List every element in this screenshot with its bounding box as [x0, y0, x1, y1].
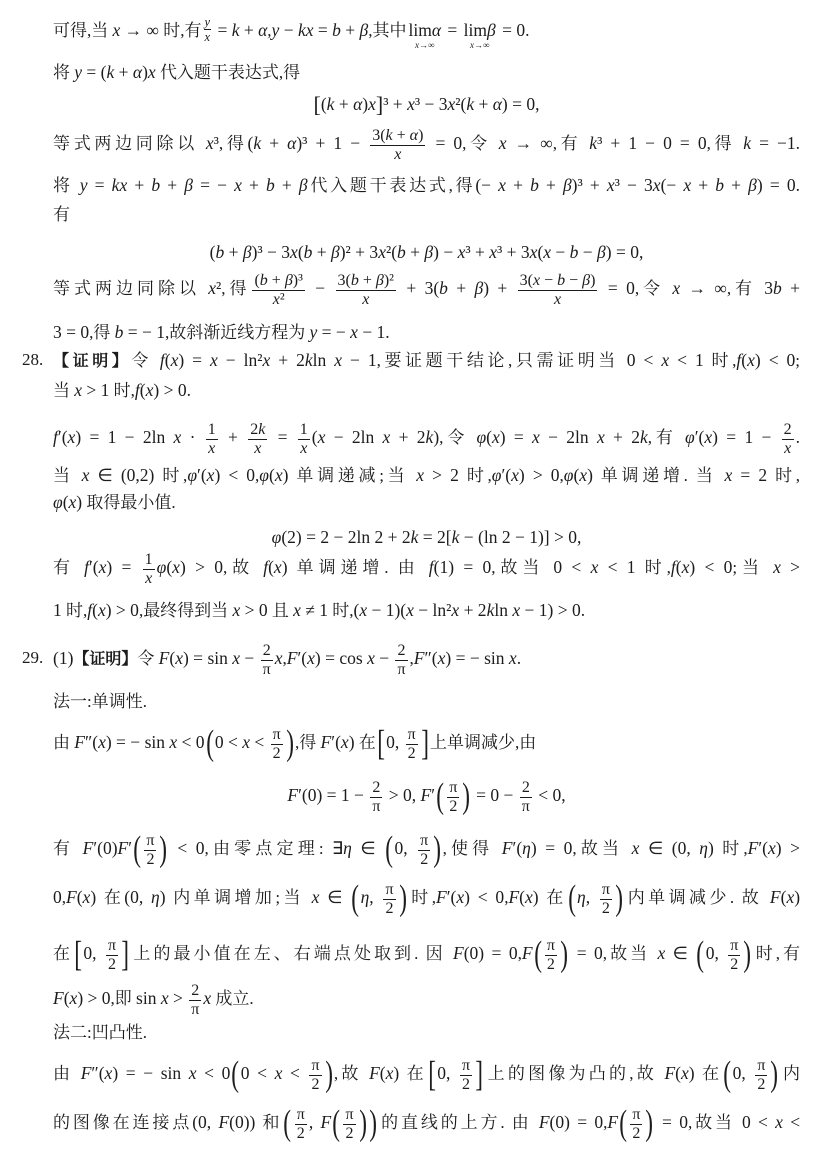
math-expression: = [443, 20, 462, 40]
fraction-numerator: π [460, 1057, 472, 1075]
math-expression: F′(x) < 0 [436, 887, 504, 907]
fraction-numerator: π [600, 881, 612, 899]
limit-body: limβ [464, 22, 496, 40]
math-expression: x ∈ [312, 887, 351, 907]
math-expression: x → ∞ [113, 20, 160, 40]
fraction-denominator: 2 [144, 850, 156, 869]
fraction-denominator: π [261, 660, 273, 679]
text-run: ,有 [727, 279, 764, 298]
big-delimiter: ( [385, 830, 393, 866]
fraction-numerator: π [728, 937, 740, 955]
fraction: 2π [520, 779, 532, 816]
fraction-denominator: x [204, 29, 212, 44]
text-run: 时, [714, 839, 748, 858]
big-delimiter: ] [421, 724, 429, 760]
text-run: 内单调减少. 故 [624, 888, 770, 907]
fraction: π2 [295, 1106, 307, 1143]
fraction: 3(b + β)²x [336, 272, 396, 309]
text-run: 时, [328, 601, 354, 620]
text-run: 在 [539, 888, 567, 907]
text-run: 令 [131, 351, 159, 370]
fraction-numerator: 2 [520, 779, 532, 797]
math-expression: + [220, 427, 246, 447]
big-delimiter: ] [475, 1055, 483, 1091]
math-expression: x → ∞ [499, 133, 553, 153]
math-expression: sin x > [136, 988, 187, 1008]
fraction: π2 [406, 726, 418, 763]
math-expression: . [796, 427, 800, 447]
math-expression: = 0 [427, 133, 462, 153]
text-line: 有 f′(x) = 1xφ(x) > 0,故 f(x) 单调递增. 由 f(1)… [53, 547, 800, 587]
fraction-numerator: 3(b + β)² [336, 272, 396, 290]
math-expression: 3b + [764, 278, 800, 298]
math-expression: F [607, 1112, 618, 1132]
fraction-numerator: 2 [261, 642, 273, 660]
math-expression: = [269, 427, 295, 447]
text-run: 法二:凹凸性. [53, 1023, 147, 1042]
text-line: 等式两边同除以 x²,得(b + β)³x² − 3(b + β)²x + 3(… [53, 268, 800, 308]
text-run: 在 [695, 1064, 723, 1083]
math-expression: − [307, 278, 334, 298]
big-delimiter: ( [352, 879, 360, 915]
text-run: ,有 [648, 428, 685, 447]
text-run: ,有 [553, 134, 590, 153]
text-line: 在[0, π2]上的最小值在左、右端点处取到. 因 F(0) = 0,F(π2)… [53, 933, 800, 973]
fraction-denominator: 2 [728, 955, 740, 974]
math-expression: x > 0 [232, 600, 267, 620]
fraction-denominator: 2 [545, 955, 557, 974]
text-line: 由 F″(x) = − sin x < 0(0 < x < π2),故 F(x)… [53, 1053, 800, 1093]
big-delimiter: ) [325, 1055, 333, 1091]
math-expression: (b + β)³ − 3x(b + β)² + 3x²(b + β) − x³ … [210, 242, 644, 262]
big-delimiter: ) [615, 879, 623, 915]
document-page: 可得,当 x → ∞ 时,有yx = k + α,y − kx = b + β,… [0, 0, 836, 1164]
math-expression: x → ∞ [672, 278, 727, 298]
math-expression: = 0 [655, 1112, 688, 1132]
method-1-heading: 法一:单调性. [53, 682, 800, 722]
fraction: π2 [630, 1106, 642, 1143]
math-expression: = 0. [498, 20, 530, 40]
text-run: 上单调减少,由 [430, 733, 536, 752]
big-delimiter: ( [232, 1055, 240, 1091]
big-delimiter: ( [206, 724, 214, 760]
problem-29-header: 29.(1)【证明】令 F(x) = sin x − 2πx,F′(x) = c… [53, 638, 800, 678]
text-line: 1 时,f(x) > 0,最终得到当 x > 0 且 x ≠ 1 时,(x − … [53, 590, 800, 630]
fraction-numerator: π [106, 937, 118, 955]
big-delimiter: ( [619, 1104, 627, 1140]
fraction-numerator: 2k [248, 421, 267, 439]
math-expression: F(x) [770, 887, 800, 907]
math-expression: = 0 [599, 278, 634, 298]
big-delimiter: [ [428, 1055, 436, 1091]
display-equation: (b + β)³ − 3x(b + β)² + 3x²(b + β) − x³ … [53, 232, 800, 272]
big-delimiter: ( [724, 1055, 732, 1091]
fraction-numerator: π [383, 881, 395, 899]
fraction-denominator: π [370, 797, 382, 816]
fraction-numerator: 2 [395, 642, 407, 660]
fraction-denominator: 2 [418, 850, 430, 869]
fraction: 1x [143, 551, 155, 588]
big-delimiter: ) [463, 777, 471, 813]
fraction: yx [204, 15, 212, 44]
text-run: ,得 [295, 733, 321, 752]
math-expression: φ(x) [53, 492, 82, 512]
math-expression: , F [309, 1112, 331, 1132]
text-run: 在 [399, 1064, 427, 1083]
fraction: 2x [782, 421, 794, 458]
math-expression: f(1) = 0 [429, 557, 491, 577]
text-line: 有 F′(0)F′(π2) < 0,由零点定理: ∃η ∈ (0, π2),使得… [53, 828, 800, 868]
math-expression: f(x) > 0 [87, 600, 139, 620]
math-expression: f(x) [263, 557, 287, 577]
fraction-numerator: π [418, 832, 430, 850]
fraction: 2π [370, 779, 382, 816]
fraction-numerator: π [271, 726, 283, 744]
math-expression: F(x) [508, 887, 538, 907]
fraction-numerator: π [630, 1106, 642, 1124]
math-expression: ³ + x³ − 3x²(k + α) = 0, [383, 94, 539, 114]
math-expression: 0, [394, 838, 416, 858]
math-expression: 0 [53, 887, 62, 907]
math-expression: F(x) > 0 [53, 988, 111, 1008]
fraction-numerator: (b + β)³ [252, 272, 304, 290]
text-line: 的图像在连接点(0, F(0)) 和(π2, F(π2))的直线的上方. 由 F… [53, 1102, 800, 1142]
text-run: 令 [137, 649, 158, 668]
fraction: π2 [343, 1106, 355, 1143]
big-delimiter: ) [369, 1104, 377, 1140]
math-expression: φ′(x) = 1 − [685, 427, 780, 447]
fraction-numerator: 3(k + α) [370, 127, 425, 145]
fraction-denominator: 2 [447, 797, 459, 816]
math-expression: F(x) = sin x − [159, 648, 259, 668]
math-expression: 1 [53, 600, 62, 620]
fraction: 3(k + α)x [370, 127, 425, 164]
text-run: ,由零点定理: [205, 839, 332, 858]
big-delimiter: ( [568, 879, 576, 915]
text-run: ,得 [707, 134, 744, 153]
fraction: π2 [271, 726, 283, 763]
big-delimiter: ) [359, 1104, 367, 1140]
math-expression: x ≠ 1 [293, 600, 328, 620]
text-run: 代入题干表达式,得 [308, 176, 476, 195]
math-expression: F″(x) = − sin x < 0 [81, 1063, 231, 1083]
fraction: 3(x − b − β)x [518, 272, 598, 309]
text-run: 时, [109, 381, 135, 400]
fraction-denominator: 2 [309, 1075, 321, 1094]
math-expression: φ(2) = 2 − 2ln 2 + 2k = 2[k − (ln 2 − 1)… [272, 527, 582, 547]
text-run: ,故 [334, 1064, 369, 1083]
fraction-denominator: 2 [271, 744, 283, 763]
text-run: 有 [53, 205, 70, 224]
math-expression: < 0 [169, 838, 205, 858]
text-run: ,故 [223, 558, 263, 577]
math-expression: f(x) < 0 [736, 350, 795, 370]
fraction: π2 [755, 1057, 767, 1094]
math-expression: 0 < x < [215, 732, 269, 752]
big-delimiter: [ [74, 935, 82, 971]
text-run: 时, [636, 558, 671, 577]
math-expression: 0, [386, 732, 404, 752]
text-run: 上的图像为凸的,故 [484, 1064, 664, 1083]
math-expression: (k + α)x [321, 94, 376, 114]
math-expression: f(x) < 0 [671, 557, 733, 577]
math-expression: f′(x) = [84, 557, 141, 577]
problem-number: 28. [22, 340, 43, 380]
math-expression: x ∈ (0, η) [632, 838, 714, 858]
math-expression: F(0) = 0 [539, 1112, 603, 1132]
text-run: ,故当 [688, 1113, 742, 1132]
fraction-denominator: π [395, 660, 407, 679]
math-expression: F′(0)F′ [83, 838, 132, 858]
text-run: 在 [53, 944, 73, 963]
text-run: ,故当 [572, 839, 631, 858]
text-run: 在 [355, 733, 376, 752]
text-run: ,令 [635, 279, 672, 298]
fraction: π2 [460, 1057, 472, 1094]
proof-label: 【证明】 [53, 351, 131, 370]
math-expression: 0, [83, 943, 104, 963]
math-expression: x [275, 648, 283, 668]
text-run: 由 [53, 733, 74, 752]
text-run: ,要证题干结论,只需证明当 [377, 351, 627, 370]
fraction-denominator: 2 [295, 1124, 307, 1143]
limit-operator: lim [408, 20, 431, 40]
limit-body: limα [408, 22, 441, 40]
fraction: 2kx [248, 421, 267, 458]
fraction-numerator: 2 [189, 982, 201, 1000]
fraction-denominator: x [143, 569, 155, 588]
fraction-numerator: π [447, 779, 459, 797]
text-run: 法一:单调性. [53, 692, 147, 711]
big-delimiter: ( [697, 935, 705, 971]
math-expression: (1) [53, 648, 73, 668]
math-expression: F(x) [664, 1063, 694, 1083]
text-run: ,得 [221, 279, 250, 298]
text-run: 且 [268, 601, 294, 620]
text-line: 0,F(x) 在(0, η) 内单调增加;当 x ∈ (η, π2)时,F′(x… [53, 877, 800, 917]
fraction: 2π [261, 642, 273, 679]
text-run: 时, [704, 351, 737, 370]
text-line: f′(x) = 1 − 2ln x · 1x + 2kx = 1x(x − 2l… [53, 417, 800, 457]
big-delimiter: ) [160, 830, 168, 866]
text-run: 和 [255, 1113, 282, 1132]
math-expression: y = (k + α)x [74, 62, 155, 82]
fraction: π2 [309, 1057, 321, 1094]
fraction: 1x [206, 421, 218, 458]
display-equation: [(k + α)x]³ + x³ − 3x²(k + α) = 0, [53, 84, 800, 124]
text-run: 由 [53, 1064, 81, 1083]
text-run: 有 [53, 839, 83, 858]
fraction-denominator: 2 [630, 1124, 642, 1143]
math-expression: k³ + 1 − 0 = 0 [589, 133, 706, 153]
text-run: ,即 [111, 989, 137, 1008]
big-delimiter: ) [771, 1055, 779, 1091]
fraction-numerator: π [309, 1057, 321, 1075]
fraction-numerator: 1 [143, 551, 155, 569]
fraction: π2 [600, 881, 612, 918]
math-expression: η, [577, 887, 598, 907]
big-delimiter: ) [399, 879, 407, 915]
text-line: 可得,当 x → ∞ 时,有yx = k + α,y − kx = b + β,… [53, 10, 800, 50]
math-expression: F [522, 943, 533, 963]
big-delimiter: ) [560, 935, 568, 971]
text-run: 将 [53, 176, 80, 195]
text-run: 当 [53, 381, 74, 400]
math-expression: F″(x) = − sin x. [414, 648, 521, 668]
big-delimiter: [ [314, 94, 321, 116]
math-expression: F′(x) [321, 732, 355, 752]
text-line: F(x) > 0,即 sin x > 2πx 成立. [53, 978, 800, 1018]
math-expression: 0, [437, 1063, 458, 1083]
fraction-numerator: 2 [370, 779, 382, 797]
text-run: ,其中 [368, 21, 406, 40]
fraction-denominator: π [520, 797, 532, 816]
math-expression: 0, [733, 1063, 754, 1083]
limit-subscript: x→∞ [464, 41, 496, 50]
fraction: π2 [447, 779, 459, 816]
math-expression: < 0, [534, 785, 566, 805]
math-expression: η, [361, 887, 382, 907]
math-expression: y − kx = b + β [272, 20, 369, 40]
text-run: 时, [408, 888, 436, 907]
math-expression: f(x) > 0. [135, 380, 191, 400]
math-expression: φ(x) > 0 [157, 557, 223, 577]
text-run: ,令 [439, 428, 476, 447]
limit-operator: lim [464, 20, 487, 40]
big-delimiter: ( [332, 1104, 340, 1140]
math-expression: (− x + b + β)³ + x³ − 3x(− x + b + β) = … [475, 175, 800, 195]
math-expression: (k + α)³ + 1 − [248, 133, 369, 153]
math-expression: ∃η ∈ [332, 838, 384, 858]
fraction-numerator: π [406, 726, 418, 744]
math-expression: f′(x) = 1 − 2ln x · [53, 427, 204, 447]
math-expression: 0 < x < 1 [553, 557, 635, 577]
math-expression: x > [773, 557, 800, 577]
limit-expression: limβx→∞ [464, 22, 496, 51]
math-expression: x ∈ [657, 943, 695, 963]
text-line: φ(x) 取得最小值. [53, 482, 800, 522]
math-expression: 3 = 0 [53, 322, 89, 342]
fraction-numerator: π [343, 1106, 355, 1124]
text-run: ,最终得到当 [139, 601, 233, 620]
math-expression: > 0, F′ [384, 785, 435, 805]
math-expression: x > 1 [74, 380, 109, 400]
text-run: ; [795, 351, 800, 370]
fraction-numerator: π [295, 1106, 307, 1124]
text-run: 单调递增. 由 [288, 558, 429, 577]
fraction-denominator: 2 [600, 899, 612, 918]
big-delimiter: ) [744, 935, 752, 971]
fraction-denominator: x [336, 290, 396, 309]
math-expression: 0 < x < [241, 1063, 308, 1083]
text-run: 等式两边同除以 [53, 279, 208, 298]
math-expression: φ(x) = x − 2ln x + 2k [476, 427, 647, 447]
math-expression: F(x) [66, 887, 96, 907]
fraction-denominator: 2 [106, 955, 118, 974]
fraction-denominator: x [370, 145, 425, 164]
fraction-denominator: 2 [755, 1075, 767, 1094]
fraction-numerator: 1 [206, 421, 218, 439]
text-run: 的图像在连接点 [53, 1113, 192, 1132]
fraction-numerator: 2 [782, 421, 794, 439]
fraction-numerator: 3(x − b − β) [518, 272, 598, 290]
math-expression: F(x) [369, 1063, 399, 1083]
math-expression: 0, [706, 943, 727, 963]
fraction: π2 [418, 832, 430, 869]
math-expression: F′(0) = 1 − [287, 785, 368, 805]
fraction: π2 [545, 937, 557, 974]
fraction-denominator: 2 [343, 1124, 355, 1143]
text-run: 时,有 [753, 944, 800, 963]
text-run: ,故当 [491, 558, 553, 577]
fraction-denominator: x² [252, 290, 304, 309]
big-delimiter: ] [376, 94, 383, 116]
big-delimiter: ) [286, 724, 294, 760]
fraction: 2π [395, 642, 407, 679]
big-delimiter: ( [133, 830, 141, 866]
text-run: 时, [62, 601, 88, 620]
fraction-numerator: π [545, 937, 557, 955]
big-delimiter: ( [534, 935, 542, 971]
big-delimiter: ] [121, 935, 129, 971]
math-expression: (0, F(0)) [192, 1112, 255, 1132]
fraction: (b + β)³x² [252, 272, 304, 309]
text-line: 由 F″(x) = − sin x < 0(0 < x < π2),得 F′(x… [53, 722, 800, 762]
text-line: 当 x > 1 时,f(x) > 0. [53, 370, 800, 410]
fraction: π2 [106, 937, 118, 974]
text-run: 有 [53, 558, 84, 577]
math-expression: F′(x) > [748, 838, 800, 858]
math-expression: b = − 1 [115, 322, 165, 342]
math-expression: F″(x) = − sin x < 0 [74, 732, 204, 752]
text-run: 代入题干表达式,得 [156, 63, 301, 82]
big-delimiter: ( [436, 777, 444, 813]
math-expression: = 0 − [472, 785, 518, 805]
math-expression: = k + α [213, 20, 267, 40]
math-expression: F′(η) = 0 [502, 838, 573, 858]
math-expression: x [203, 988, 211, 1008]
text-run: 在 [96, 888, 124, 907]
math-expression: (x − 2ln x + 2k) [312, 427, 439, 447]
math-expression: F′(x) = cos x − [287, 648, 394, 668]
text-run: 取得最小值. [82, 493, 176, 512]
text-run: 时,有 [159, 21, 202, 40]
math-expression: x² [208, 278, 221, 298]
math-expression: 0 < x < [742, 1112, 800, 1132]
math-expression: + 3(b + β) + [398, 278, 516, 298]
text-run: ;当 [732, 558, 773, 577]
text-line: 等式两边同除以 x³,得(k + α)³ + 1 − 3(k + α)x = 0… [53, 123, 800, 163]
text-run: 将 [53, 63, 74, 82]
math-expression: = 0 [569, 943, 602, 963]
fraction-numerator: y [204, 15, 212, 29]
text-run: ,得 [219, 134, 248, 153]
math-expression: f(x) = x − ln²x + 2kln x − 1 [160, 350, 377, 370]
math-expression: y = − x − 1. [310, 322, 390, 342]
display-equation: F′(0) = 1 − 2π > 0, F′(π2) = 0 − 2π < 0, [53, 775, 800, 815]
fraction: π2 [144, 832, 156, 869]
math-expression: x³ [206, 133, 219, 153]
text-run: ,使得 [443, 839, 502, 858]
limit-expression: limαx→∞ [408, 22, 441, 51]
text-run: ,令 [462, 134, 499, 153]
fraction-denominator: 2 [460, 1075, 472, 1094]
fraction-denominator: x [518, 290, 598, 309]
text-run: 上的最小值在左、右端点处取到. 因 [130, 944, 453, 963]
big-delimiter: [ [377, 724, 385, 760]
text-line: 有 [53, 195, 800, 235]
fraction: π2 [728, 937, 740, 974]
